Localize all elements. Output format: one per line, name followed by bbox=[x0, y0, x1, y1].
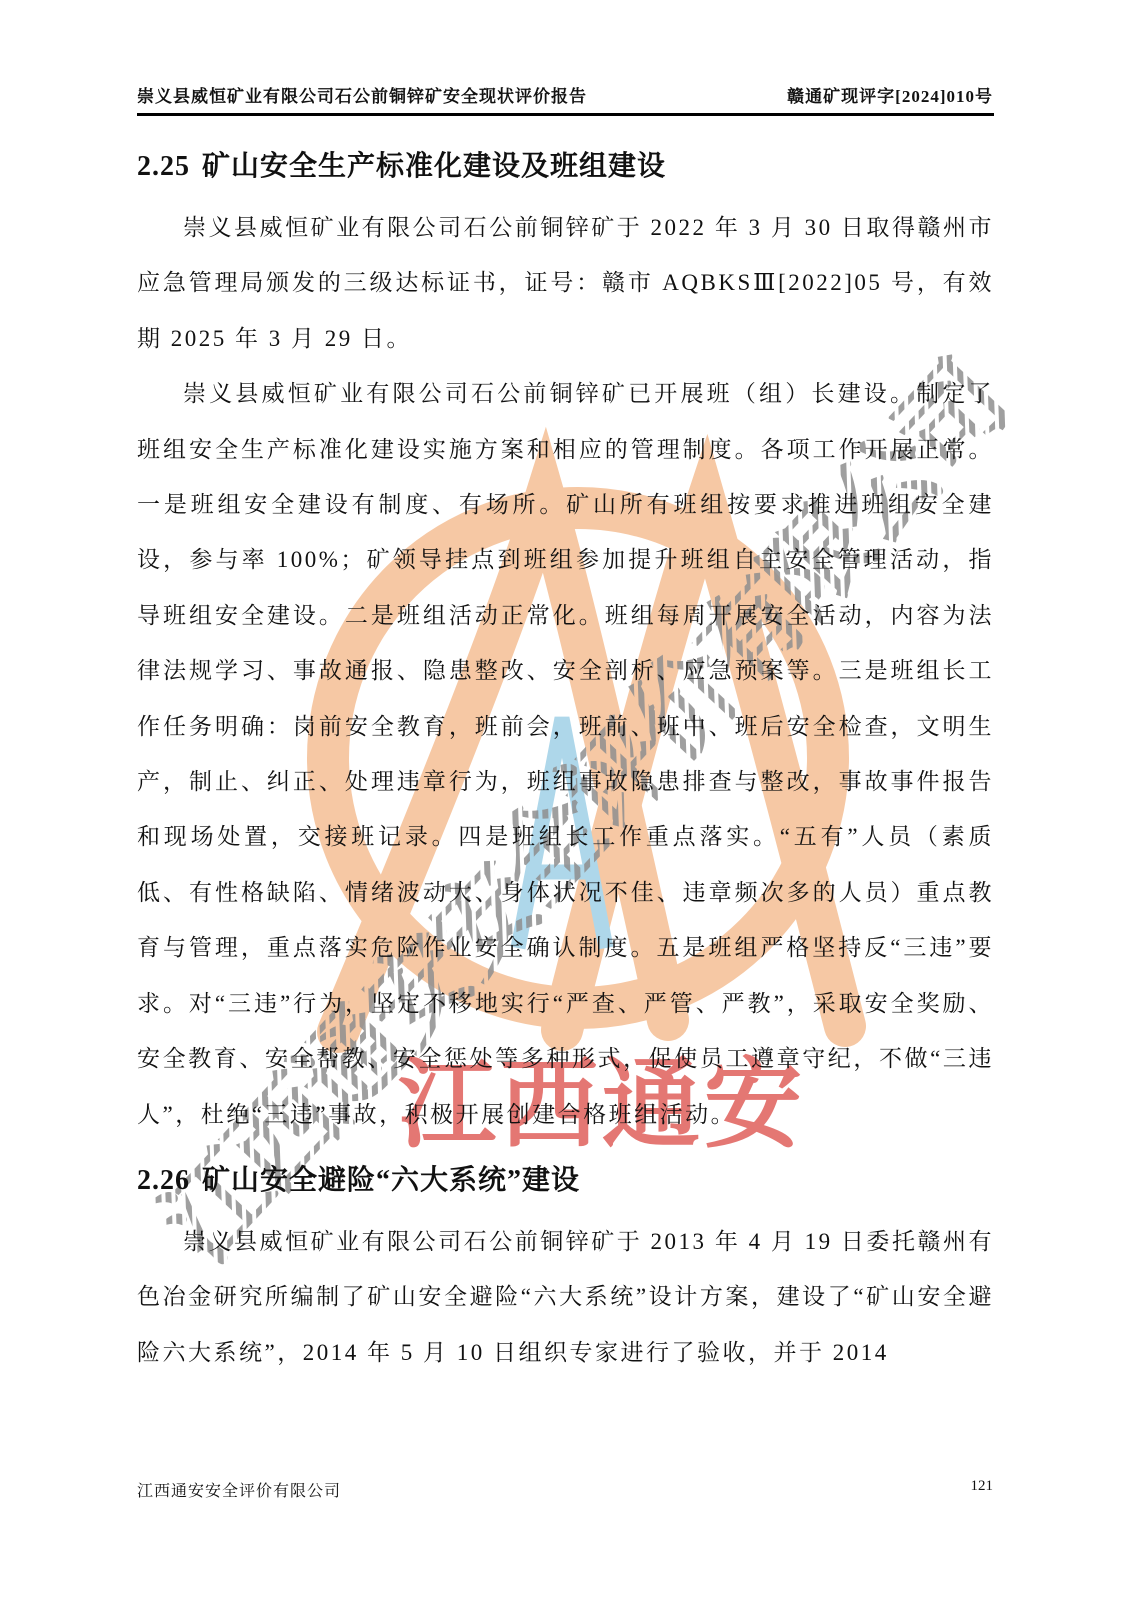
content-layer: 崇义县威恒矿业有限公司石公前铜锌矿安全现状评价报告 赣通矿现评字[2024]01… bbox=[0, 0, 1131, 1600]
paragraph: 崇义县威恒矿业有限公司石公前铜锌矿已开展班（组）长建设。制定了班组安全生产标准化… bbox=[137, 366, 994, 1142]
footer-page-number: 121 bbox=[971, 1478, 994, 1495]
paragraph: 崇义县威恒矿业有限公司石公前铜锌矿于 2022 年 3 月 30 日取得赣州市应… bbox=[137, 200, 994, 366]
section-heading-2-26: 2.26矿山安全避险“六大系统”建设 bbox=[137, 1158, 994, 1204]
section-number: 2.26 bbox=[137, 1165, 190, 1196]
paragraph: 崇义县威恒矿业有限公司石公前铜锌矿于 2013 年 4 月 19 日委托赣州有色… bbox=[137, 1214, 994, 1380]
section-heading-2-25: 2.25矿山安全生产标准化建设及班组建设 bbox=[137, 144, 994, 190]
footer-company-name: 江西通安安全评价有限公司 bbox=[137, 1478, 341, 1501]
section-number: 2.25 bbox=[137, 151, 190, 182]
section-title: 矿山安全生产标准化建设及班组建设 bbox=[202, 151, 666, 182]
header-doc-number: 赣通矿现评字[2024]010号 bbox=[787, 82, 993, 107]
document-body: 2.25矿山安全生产标准化建设及班组建设 崇义县威恒矿业有限公司石公前铜锌矿于 … bbox=[137, 138, 994, 1380]
header-report-title: 崇义县威恒矿业有限公司石公前铜锌矿安全现状评价报告 bbox=[137, 82, 587, 107]
report-page: 江西通安安全评价有限公司 江西通安 崇义县威恒矿业有限公司石公前铜锌矿安全现状评… bbox=[0, 0, 1131, 1600]
header-rule bbox=[137, 113, 994, 116]
section-title: 矿山安全避险“六大系统”建设 bbox=[202, 1165, 580, 1196]
